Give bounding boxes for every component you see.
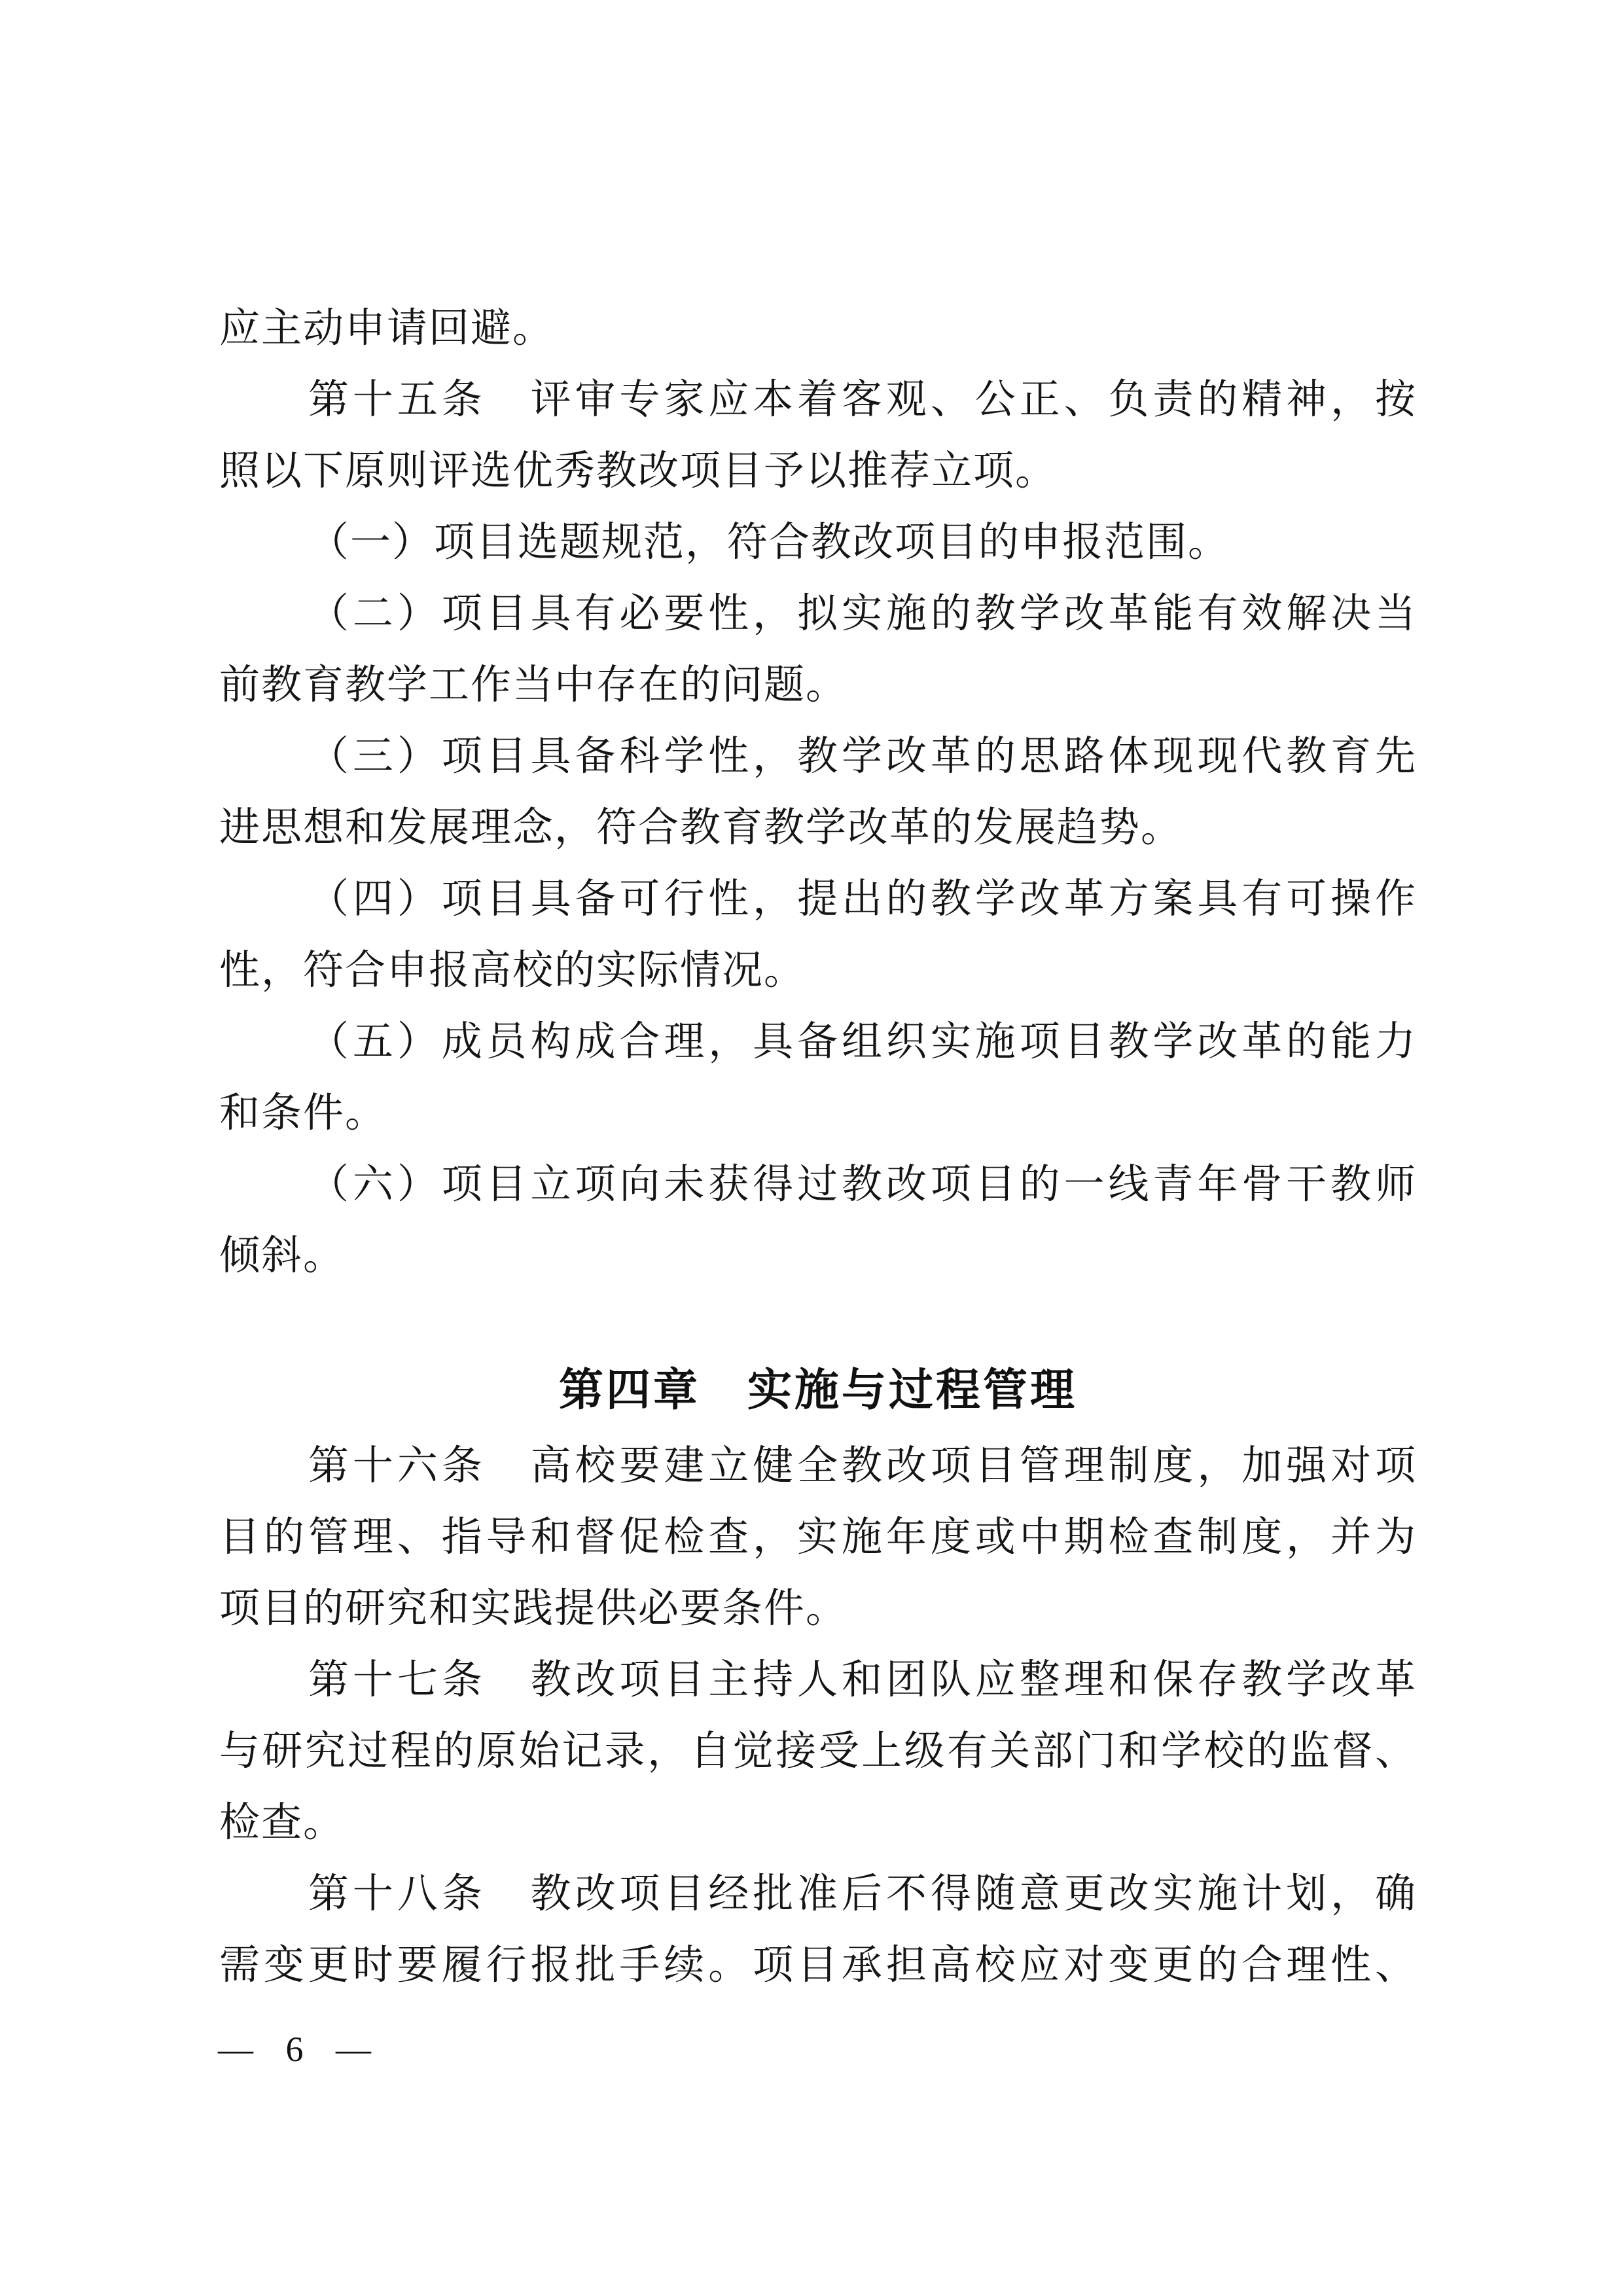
- text-line: 应主动申请回避。: [219, 293, 1417, 365]
- text-line: 目的管理、指导和督促检查，实施年度或中期检查制度，并为: [219, 1502, 1417, 1573]
- text-line: （六）项目立项向未获得过教改项目的一线青年骨干教师: [219, 1149, 1417, 1221]
- text-line: 前教育教学工作当中存在的问题。: [219, 650, 1417, 721]
- text-line: 第十五条 评审专家应本着客观、公正、负责的精神，按: [219, 365, 1417, 436]
- chapter-heading: 第四章 实施与过程管理: [219, 1354, 1417, 1426]
- text-line: 需变更时要履行报批手续。项目承担高校应对变更的合理性、: [219, 1930, 1417, 2001]
- text-line: 与研究过程的原始记录，自觉接受上级有关部门和学校的监督、: [219, 1716, 1417, 1787]
- text-line: 倾斜。: [219, 1221, 1417, 1292]
- text-line: 项目的研究和实践提供必要条件。: [219, 1573, 1417, 1645]
- text-line: 进思想和发展理念，符合教育教学改革的发展趋势。: [219, 793, 1417, 864]
- text-line: （三）项目具备科学性，教学改革的思路体现现代教育先: [219, 721, 1417, 793]
- text-line: 检查。: [219, 1787, 1417, 1859]
- text-line: 和条件。: [219, 1078, 1417, 1149]
- text-line: （四）项目具备可行性，提出的教学改革方案具有可操作: [219, 864, 1417, 935]
- text-line: 性，符合申报高校的实际情况。: [219, 935, 1417, 1007]
- text-line: （五）成员构成合理，具备组织实施项目教学改革的能力: [219, 1007, 1417, 1078]
- document-content: 应主动申请回避。 第十五条 评审专家应本着客观、公正、负责的精神，按 照以下原则…: [219, 293, 1417, 2001]
- document-page: 应主动申请回避。 第十五条 评审专家应本着客观、公正、负责的精神，按 照以下原则…: [0, 0, 1623, 2296]
- page-number: — 6 —: [218, 2026, 383, 2072]
- text-line: 第十六条 高校要建立健全教改项目管理制度，加强对项: [219, 1431, 1417, 1502]
- body-block-bottom: 第十六条 高校要建立健全教改项目管理制度，加强对项 目的管理、指导和督促检查，实…: [219, 1431, 1417, 2001]
- text-line: 照以下原则评选优秀教改项目予以推荐立项。: [219, 436, 1417, 507]
- text-line: （一）项目选题规范，符合教改项目的申报范围。: [219, 507, 1417, 579]
- text-line: 第十八条 教改项目经批准后不得随意更改实施计划，确: [219, 1859, 1417, 1930]
- body-block-top: 应主动申请回避。 第十五条 评审专家应本着客观、公正、负责的精神，按 照以下原则…: [219, 293, 1417, 1292]
- text-line: 第十七条 教改项目主持人和团队应整理和保存教学改革: [219, 1645, 1417, 1716]
- text-line: （二）项目具有必要性，拟实施的教学改革能有效解决当: [219, 579, 1417, 650]
